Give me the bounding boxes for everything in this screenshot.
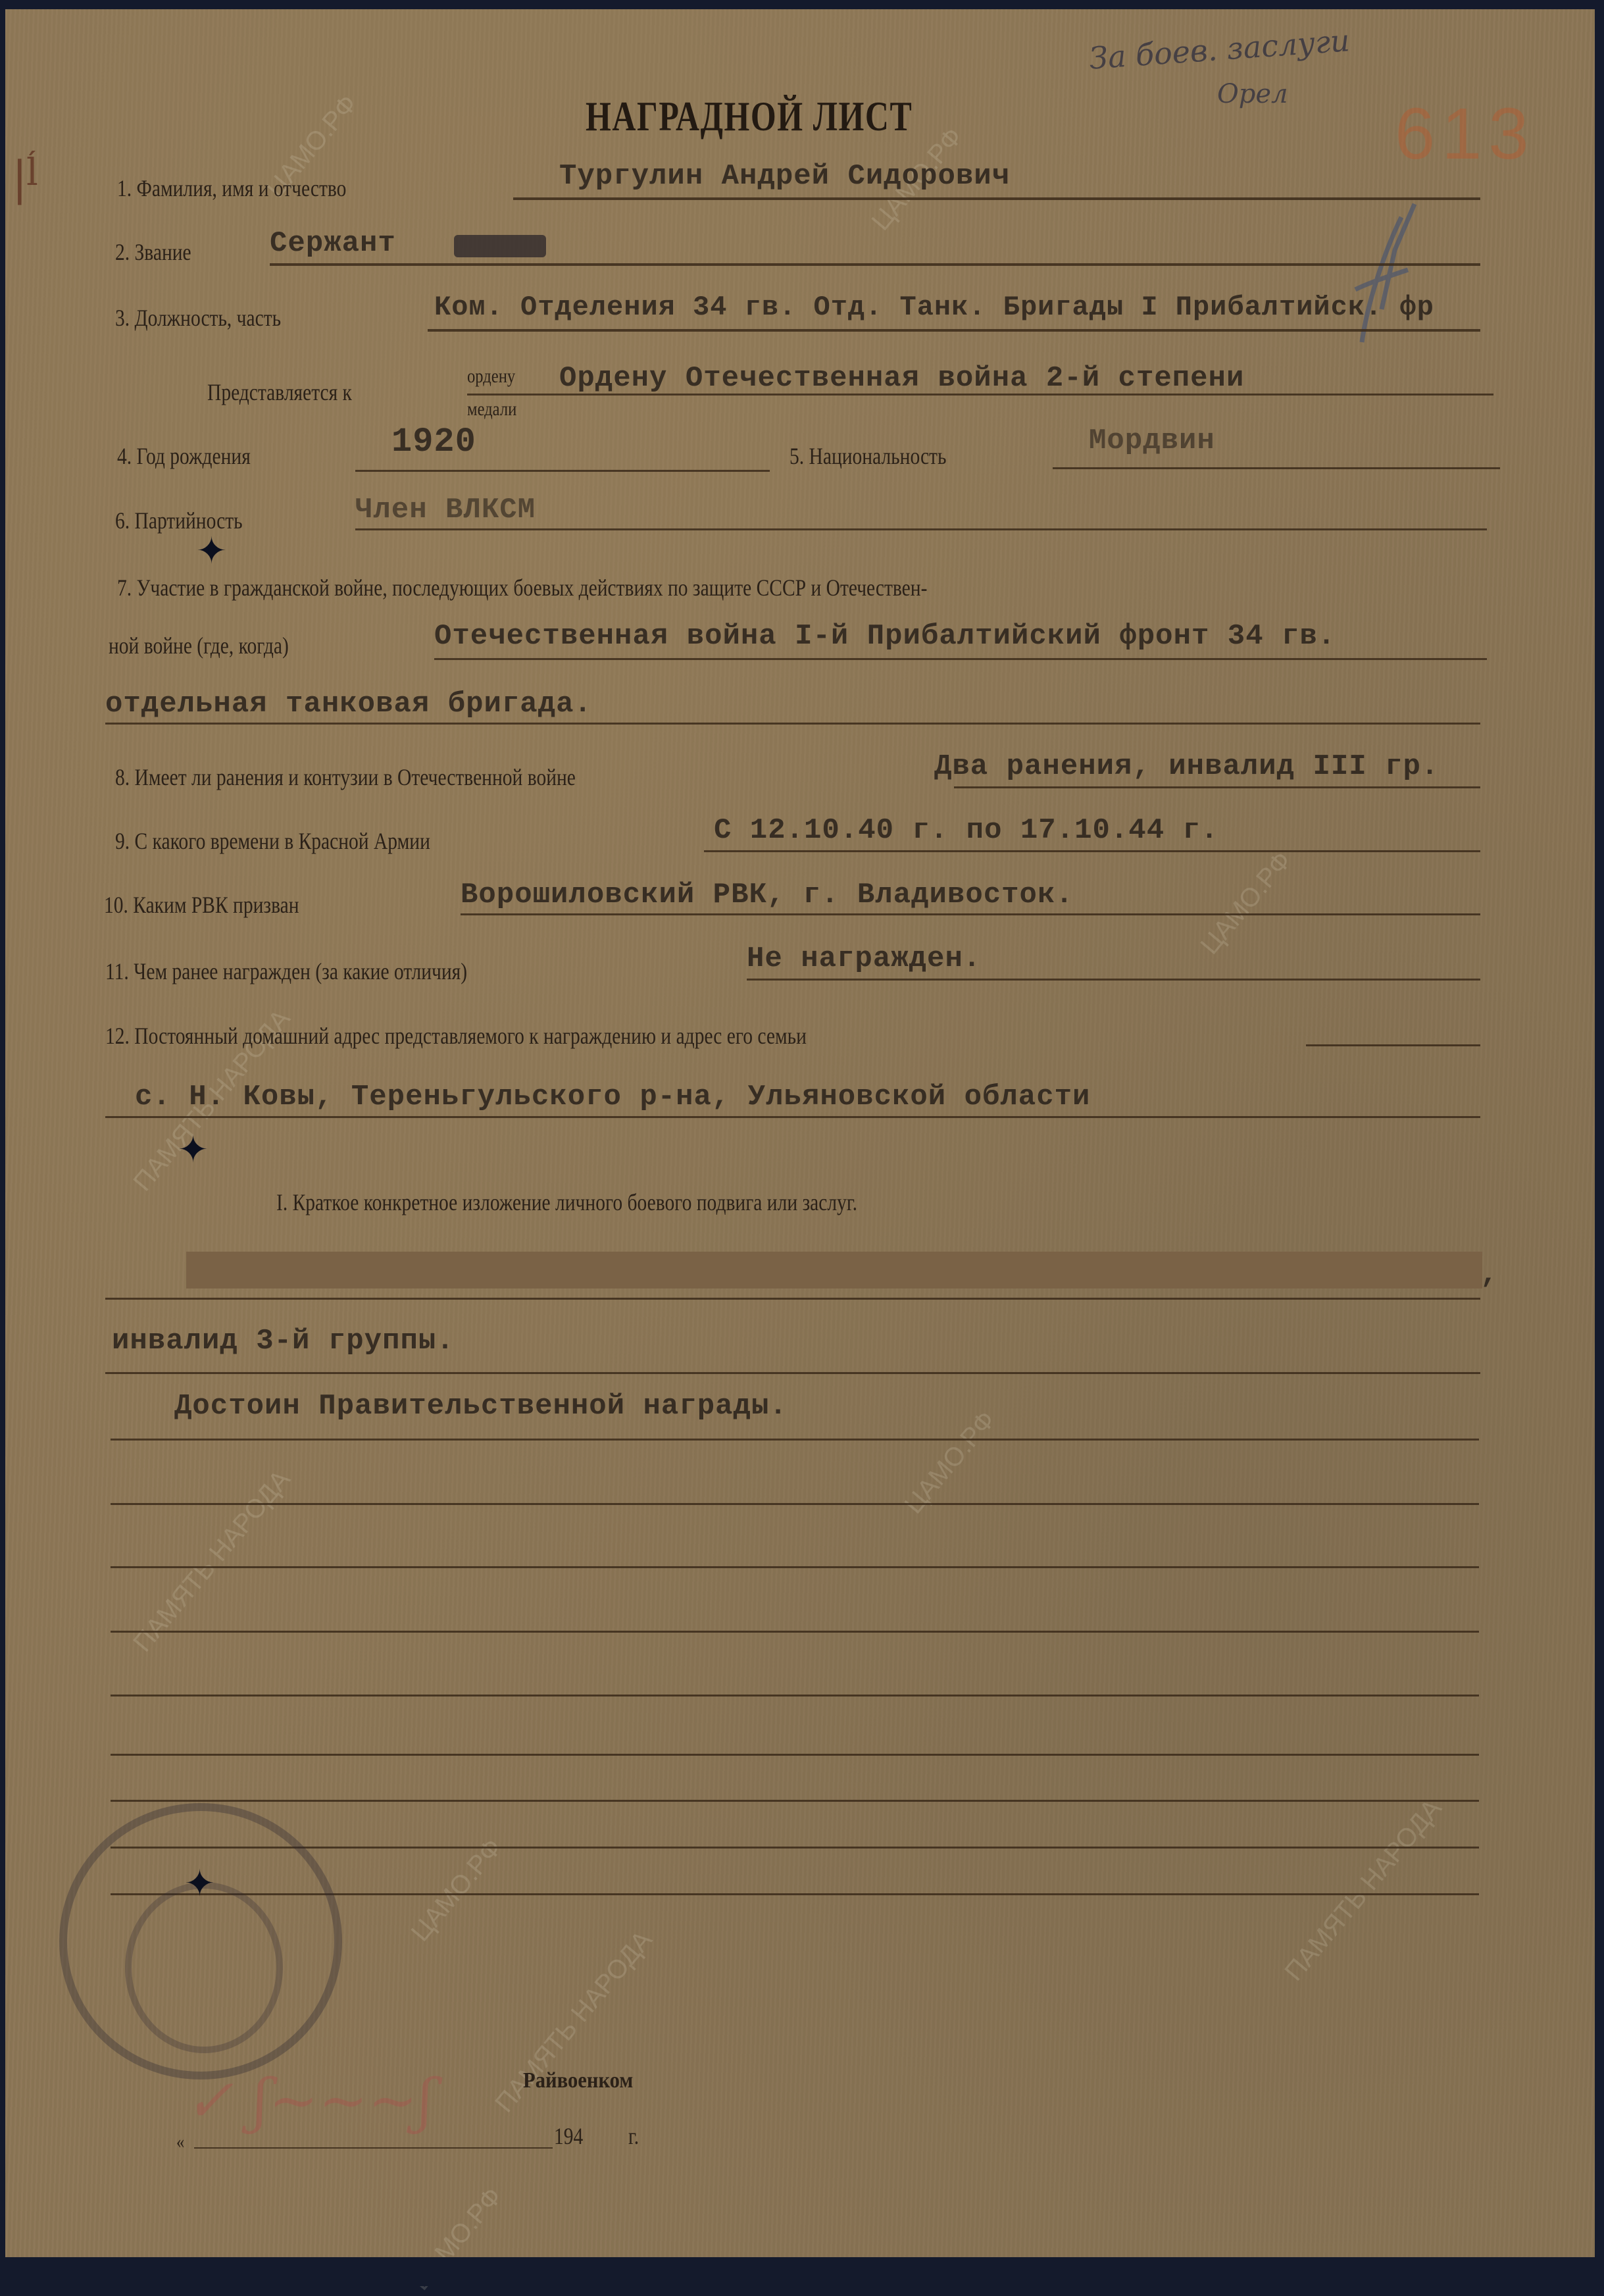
round-seal-stamp-inner — [125, 1882, 283, 2053]
field-label-nationality: 5. Национальность — [789, 442, 946, 470]
field-label-home-address: 12. Постоянный домашний адрес представля… — [105, 1022, 807, 1050]
rule-line — [105, 1372, 1480, 1374]
rule-line — [434, 658, 1487, 660]
field-value-party: Член ВЛКСМ — [355, 494, 536, 526]
date-rule-line — [194, 2147, 553, 2149]
field-label-birth-year: 4. Год рождения — [117, 442, 251, 470]
margin-pencil-mark: | — [12, 151, 28, 205]
rule-line — [461, 913, 1480, 915]
section-line-disability: инвалид 3-й группы. — [112, 1325, 455, 1358]
document-title: НАГРАДНОЙ ЛИСТ — [586, 92, 913, 141]
redacted-line-suffix: , — [1480, 1258, 1498, 1291]
field-value-name: Тургулин Андрей Сидорович — [559, 160, 1010, 193]
rule-line — [1306, 1044, 1480, 1046]
field-value-birth-year: 1920 — [391, 422, 476, 461]
rule-line — [111, 1754, 1479, 1756]
field-value-previous-awards: Не награжден. — [747, 942, 981, 975]
handwritten-note-sub: Орел — [1217, 79, 1288, 109]
rule-line — [747, 979, 1480, 981]
rule-line — [111, 1503, 1479, 1505]
rule-line — [355, 528, 1487, 530]
field-value-position: Ком. Отделения 34 гв. Отд. Танк. Бригады… — [434, 292, 1434, 323]
rule-line — [428, 329, 1480, 332]
field-value-army-since: С 12.10.40 г. по 17.10.44 г. — [714, 814, 1218, 847]
section-line-worthy: Достоин Правительственной награды. — [174, 1390, 788, 1423]
field-value-war-participation: Отечественная война I-й Прибалтийский фр… — [434, 620, 1336, 653]
field-value-nationality: Мордвин — [1089, 424, 1215, 457]
field-value-rank: Сержант — [270, 227, 396, 260]
signatory-label: Райвоенком — [523, 2068, 633, 2093]
section-heading: I. Краткое конкретное изложение личного … — [276, 1188, 857, 1216]
field-label-wounds: 8. Имеет ли ранения и контузии в Отечест… — [115, 763, 576, 791]
rule-line — [105, 1298, 1480, 1300]
rule-line — [111, 1800, 1479, 1802]
date-year-prefix: 194 — [554, 2122, 583, 2150]
rule-line — [105, 1116, 1480, 1118]
rule-line — [704, 850, 1480, 852]
date-year-suffix: г. — [628, 2122, 639, 2150]
rule-line — [513, 197, 1480, 200]
blue-pencil-signature-icon — [1316, 191, 1447, 362]
rule-line — [355, 470, 770, 472]
redacted-text-block — [186, 1252, 1482, 1288]
rule-line — [954, 786, 1480, 788]
red-archive-number: 613 — [1395, 92, 1536, 176]
rule-line — [111, 1439, 1479, 1441]
award-label: Представляется к — [207, 378, 352, 406]
field-label-previous-awards: 11. Чем ранее награжден (за какие отличи… — [105, 957, 467, 985]
field-label-position: 3. Должность, часть — [115, 304, 281, 332]
field-label-rank: 2. Звание — [115, 238, 191, 266]
date-open-quote: « — [176, 2131, 184, 2153]
field-value-war-participation-2: отдельная танковая бригада. — [105, 688, 592, 721]
rule-line — [111, 1695, 1479, 1696]
red-signature: ✓ ʃ~~~ʃ — [184, 2066, 434, 2135]
rule-line — [1053, 467, 1500, 469]
rule-line — [467, 394, 1493, 395]
document-page: ЦАМО.РФ ЦАМО.РФ ЦАМО.РФ ПАМЯТЬ НАРОДА ЦА… — [0, 0, 1604, 2286]
field-label-war-participation-2: ной войне (где, когда) — [109, 632, 289, 659]
scan-border-bottom — [0, 2257, 1604, 2286]
field-label-army-since: 9. С какого времени в Красной Армии — [115, 827, 430, 855]
award-label-order: ордену — [467, 365, 515, 388]
rule-line — [111, 1631, 1479, 1633]
redacted-rank-suffix — [454, 235, 546, 257]
rule-line — [105, 723, 1480, 725]
award-label-medal: медали — [467, 398, 516, 421]
punch-hole-icon: ✦ — [178, 1132, 209, 1169]
punch-hole-icon: ✦ — [184, 1866, 215, 1902]
award-value: Ордену Отечественная война 2-й степени — [559, 362, 1244, 395]
field-value-draft-office: Ворошиловский РВК, г. Владивосток. — [461, 879, 1074, 911]
rule-line — [111, 1847, 1479, 1849]
rule-line — [270, 263, 1480, 266]
field-label-name: 1. Фамилия, имя и отчество — [117, 174, 346, 202]
margin-pencil-mark: ĺ — [26, 151, 38, 194]
field-label-draft-office: 10. Каким РВК призван — [104, 891, 299, 919]
punch-hole-icon: ✦ — [196, 533, 227, 570]
rule-line — [111, 1566, 1479, 1568]
field-value-wounds: Два ранения, инвалид III гр. — [934, 750, 1439, 783]
field-label-war-participation: 7. Участие в гражданской войне, последую… — [117, 574, 927, 601]
field-value-home-address: с. Н. Ковы, Тереньгульского р-на, Ульяно… — [135, 1081, 1090, 1113]
